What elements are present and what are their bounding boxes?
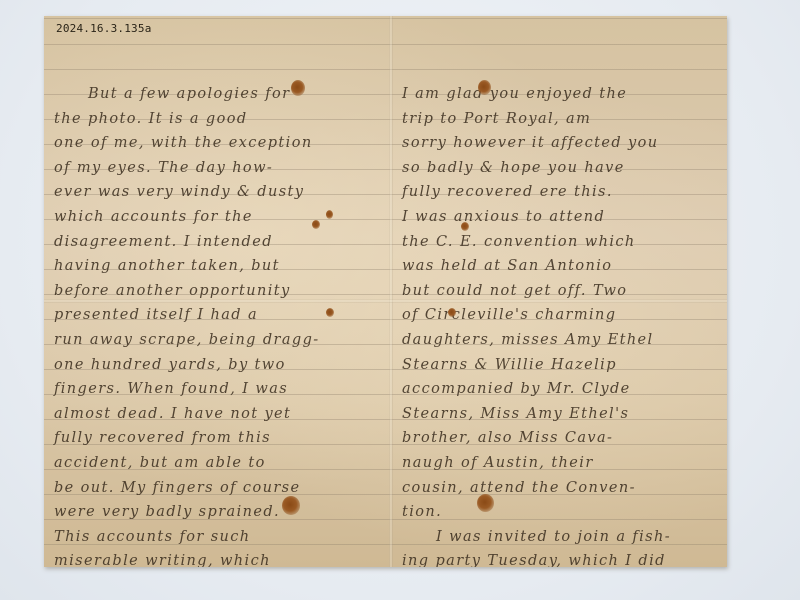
handwritten-line: ever was very windy & dusty [54, 180, 384, 205]
handwritten-line: I was invited to join a fish- [402, 525, 727, 550]
stain-mark [478, 80, 491, 95]
stain-mark [282, 496, 300, 515]
handwritten-line: brother, also Miss Cava- [402, 426, 727, 451]
handwritten-line: almost dead. I have not yet [54, 402, 384, 427]
left-page: But a few apologies for the photo. It is… [54, 82, 384, 567]
handwritten-line: fully recovered from this [54, 426, 384, 451]
handwritten-line: disagreement. I intended [54, 230, 384, 255]
handwritten-line: I am glad you enjoyed the [402, 82, 727, 107]
handwritten-line: fingers. When found, I was [54, 377, 384, 402]
handwritten-line: fully recovered ere this. [402, 180, 727, 205]
handwritten-line: having another taken, but [54, 254, 384, 279]
handwritten-line: so badly & hope you have [402, 156, 727, 181]
handwritten-line: one of me, with the exception [54, 131, 384, 156]
stain-mark [326, 210, 333, 219]
handwritten-line: naugh of Austin, their [402, 451, 727, 476]
stain-mark [291, 80, 305, 96]
handwritten-line: the photo. It is a good [54, 107, 384, 132]
handwritten-line: cousin, attend the Conven- [402, 476, 727, 501]
handwritten-line: was held at San Antonio [402, 254, 727, 279]
accession-number: 2024.16.3.135a [56, 22, 152, 35]
handwritten-line: But a few apologies for [54, 82, 384, 107]
handwritten-line: which accounts for the [54, 205, 384, 230]
stain-mark [448, 308, 456, 317]
vertical-fold-crease [389, 16, 393, 567]
handwritten-line: ing party Tuesday, which I did [402, 549, 727, 567]
handwritten-line: were very badly sprained. [54, 500, 384, 525]
stain-mark [477, 494, 494, 512]
right-page: I am glad you enjoyed the trip to Port R… [402, 82, 727, 567]
handwritten-line: run away scrape, being dragg- [54, 328, 384, 353]
stain-mark [461, 222, 469, 231]
handwritten-line: This accounts for such [54, 525, 384, 550]
stain-mark [326, 308, 334, 317]
handwritten-line: Stearns & Willie Hazelip [402, 353, 727, 378]
handwritten-line: of my eyes. The day how- [54, 156, 384, 181]
handwritten-line: I was anxious to attend [402, 205, 727, 230]
stain-mark [312, 220, 320, 229]
handwritten-line: trip to Port Royal, am [402, 107, 727, 132]
handwritten-line: daughters, misses Amy Ethel [402, 328, 727, 353]
handwritten-line: sorry however it affected you [402, 131, 727, 156]
handwritten-line: accident, but am able to [54, 451, 384, 476]
letter-sheet: 2024.16.3.135a But a few apologies for t… [44, 16, 727, 567]
handwritten-line: one hundred yards, by two [54, 353, 384, 378]
handwritten-line: but could not get off. Two [402, 279, 727, 304]
handwritten-line: presented itself I had a [54, 303, 384, 328]
handwritten-line: before another opportunity [54, 279, 384, 304]
handwritten-line: Stearns, Miss Amy Ethel's [402, 402, 727, 427]
handwritten-line: the C. E. convention which [402, 230, 727, 255]
handwritten-line: be out. My fingers of course [54, 476, 384, 501]
handwritten-line: accompanied by Mr. Clyde [402, 377, 727, 402]
handwritten-line: tion. [402, 500, 727, 525]
handwritten-line: miserable writing, which [54, 549, 384, 567]
